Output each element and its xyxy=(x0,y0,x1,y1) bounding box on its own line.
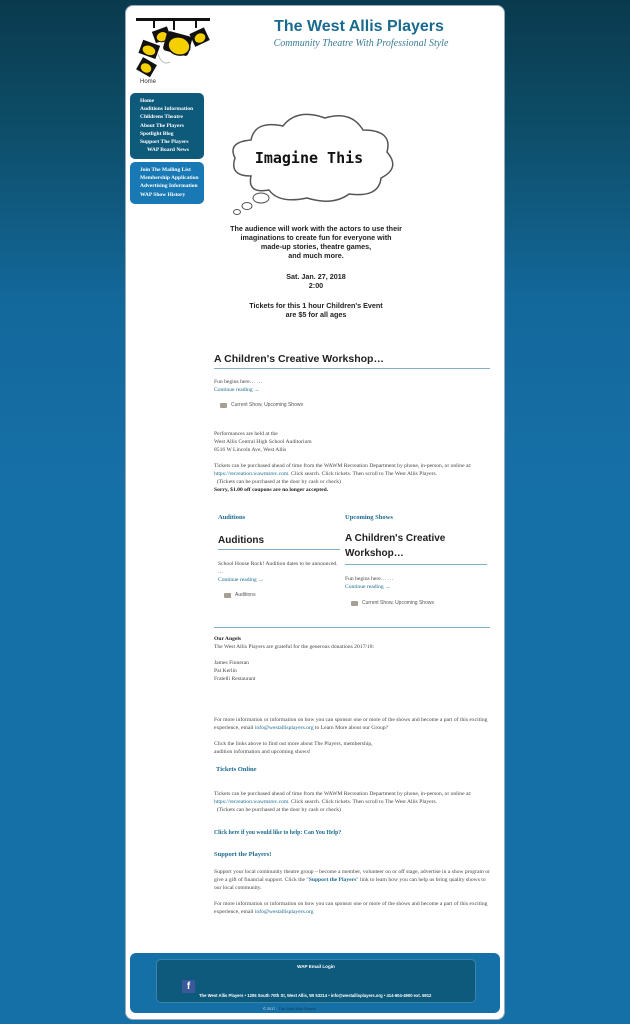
flyer-tickets: Tickets for this 1 hour Children's Event… xyxy=(216,301,416,319)
angels-section: Our Angels The West Allis Players are gr… xyxy=(214,635,490,683)
upcoming-excerpt: Fun begins here… … xyxy=(345,575,487,583)
email-login-link[interactable]: WAP Email Login xyxy=(157,964,475,969)
category-links[interactable]: Current Show, Upcoming Shows xyxy=(231,402,303,408)
auditions-heading[interactable]: Auditions xyxy=(218,514,340,521)
support-sponsor-text: For more information or information on h… xyxy=(214,900,490,916)
folder-icon xyxy=(351,601,358,606)
support-heading: Support the Players! xyxy=(214,851,490,858)
email-link[interactable]: info@westallisplayers.org xyxy=(255,909,314,915)
tickets-online: Tickets can be purchased ahead of time f… xyxy=(214,790,490,858)
support-text: Support your local community theatre gro… xyxy=(214,868,490,892)
primary-nav: Home Auditions Information Childrens The… xyxy=(130,93,204,159)
donor: Pat Kerlin xyxy=(214,667,490,675)
sponsor-text: For more information or information on h… xyxy=(214,716,490,732)
upcoming-shows-column: Upcoming Shows A Children's Creative Wor… xyxy=(345,514,487,606)
auditions-column: Auditions Auditions School House Rock! A… xyxy=(218,514,340,598)
tickets-online-heading[interactable]: Tickets Online xyxy=(216,766,490,773)
support-section: Support your local community theatre gro… xyxy=(214,868,490,916)
featured-post: A Children's Creative Workshop… Fun begi… xyxy=(214,353,490,408)
upcoming-continue-link[interactable]: Continue reading → xyxy=(345,583,487,591)
nav-childrens-theatre[interactable]: Childrens Theatre xyxy=(140,113,200,121)
nav-auditions-information[interactable]: Auditions Information xyxy=(140,105,200,113)
tickets-online-text: Tickets can be purchased ahead of time f… xyxy=(214,790,490,814)
flyer-description: The audience will work with the actors t… xyxy=(216,224,416,260)
site-tagline: Community Theatre With Professional Styl… xyxy=(226,38,496,49)
nav-about-the-players[interactable]: About The Players xyxy=(140,122,200,130)
upcoming-post-title[interactable]: A Children's Creative Workshop… xyxy=(345,531,487,565)
nav-home[interactable]: Home xyxy=(140,97,200,105)
section-divider xyxy=(214,627,490,628)
nav-advertising-information[interactable]: Advertising Information xyxy=(140,182,200,190)
recreation-link[interactable]: https://recreation.wawmsrec.com xyxy=(214,471,288,477)
stage-spotlights-icon xyxy=(134,16,214,78)
flyer-date: Sat. Jan. 27, 2018 2:00 xyxy=(216,272,416,290)
auditions-category-link[interactable]: Auditions xyxy=(235,592,256,598)
upcoming-category-links[interactable]: Current Show, Upcoming Shows xyxy=(362,600,434,606)
breadcrumb-home[interactable]: Home xyxy=(140,79,156,85)
post-excerpt: Fun begins here… … xyxy=(214,378,490,386)
help-line: Click here if you would like to help: Ca… xyxy=(214,829,490,837)
venue-line: West Allis Central High School Auditoriu… xyxy=(214,438,490,446)
support-players-link[interactable]: Support the Players xyxy=(309,877,357,883)
nav-membership-application[interactable]: Membership Application xyxy=(140,174,200,182)
footer-panel: WAP Email Login f The West Allis Players… xyxy=(156,959,476,1003)
page-container: The West Allis Players Community Theatre… xyxy=(125,5,505,1020)
links-note: audition information and upcoming shows! xyxy=(214,748,490,756)
performance-info: Performances are held at the West Allis … xyxy=(214,430,490,494)
angels-intro: The West Allis Players are grateful for … xyxy=(214,643,490,651)
nav-wap-show-history[interactable]: WAP Show History xyxy=(140,191,200,199)
post-title[interactable]: A Children's Creative Workshop… xyxy=(214,353,490,369)
site-title[interactable]: The West Allis Players xyxy=(244,18,474,36)
links-note: Click the links above to find out more a… xyxy=(214,740,490,748)
footer-address: The West Allis Players • 1205 South 70th… xyxy=(199,993,431,998)
facebook-icon[interactable]: f xyxy=(182,980,195,993)
auditions-excerpt: School House Rock! Audition dates to be … xyxy=(218,560,340,576)
can-you-help-link[interactable]: Can You Help? xyxy=(304,830,341,836)
copyright-link[interactable]: The West Allis Players xyxy=(279,1007,317,1011)
angels-heading: Our Angels xyxy=(214,635,490,643)
site-footer: WAP Email Login f The West Allis Players… xyxy=(130,953,500,1013)
nav-spotlight-blog[interactable]: Spotlight Blog xyxy=(140,130,200,138)
coupon-note: Sorry, $1.00 off coupons are no longer a… xyxy=(214,486,490,494)
tickets-text: Tickets can be purchased ahead of time f… xyxy=(214,462,490,486)
venue-line: Performances are held at the xyxy=(214,430,490,438)
nav-wap-board-news[interactable]: WAP Board News xyxy=(140,146,200,154)
sponsor-info: For more information or information on h… xyxy=(214,716,490,773)
venue-line: 8516 W Lincoln Ave, West Allis xyxy=(214,446,490,454)
email-link[interactable]: info@westallisplayers.org xyxy=(255,725,314,731)
upcoming-shows-heading[interactable]: Upcoming Shows xyxy=(345,514,487,521)
nav-support-the-players[interactable]: Support The Players xyxy=(140,138,200,146)
auditions-continue-link[interactable]: Continue reading → xyxy=(218,576,340,584)
auditions-post-title[interactable]: Auditions xyxy=(218,535,340,550)
copyright: © 2017 - The West Allis Players xyxy=(263,1007,316,1011)
thought-bubble-icon: Imagine This xyxy=(221,106,401,216)
folder-icon xyxy=(224,593,231,598)
svg-text:Imagine This: Imagine This xyxy=(255,149,363,167)
secondary-nav: Join The Mailing List Membership Applica… xyxy=(130,162,204,204)
recreation-link[interactable]: https://recreation.wawmsrec.com xyxy=(214,799,288,805)
folder-icon xyxy=(220,403,227,408)
nav-join-mailing-list[interactable]: Join The Mailing List xyxy=(140,166,200,174)
continue-reading-link[interactable]: Continue reading → xyxy=(214,386,490,394)
donor: James Finneran xyxy=(214,659,490,667)
donor: Fratelli Restaurant xyxy=(214,675,490,683)
